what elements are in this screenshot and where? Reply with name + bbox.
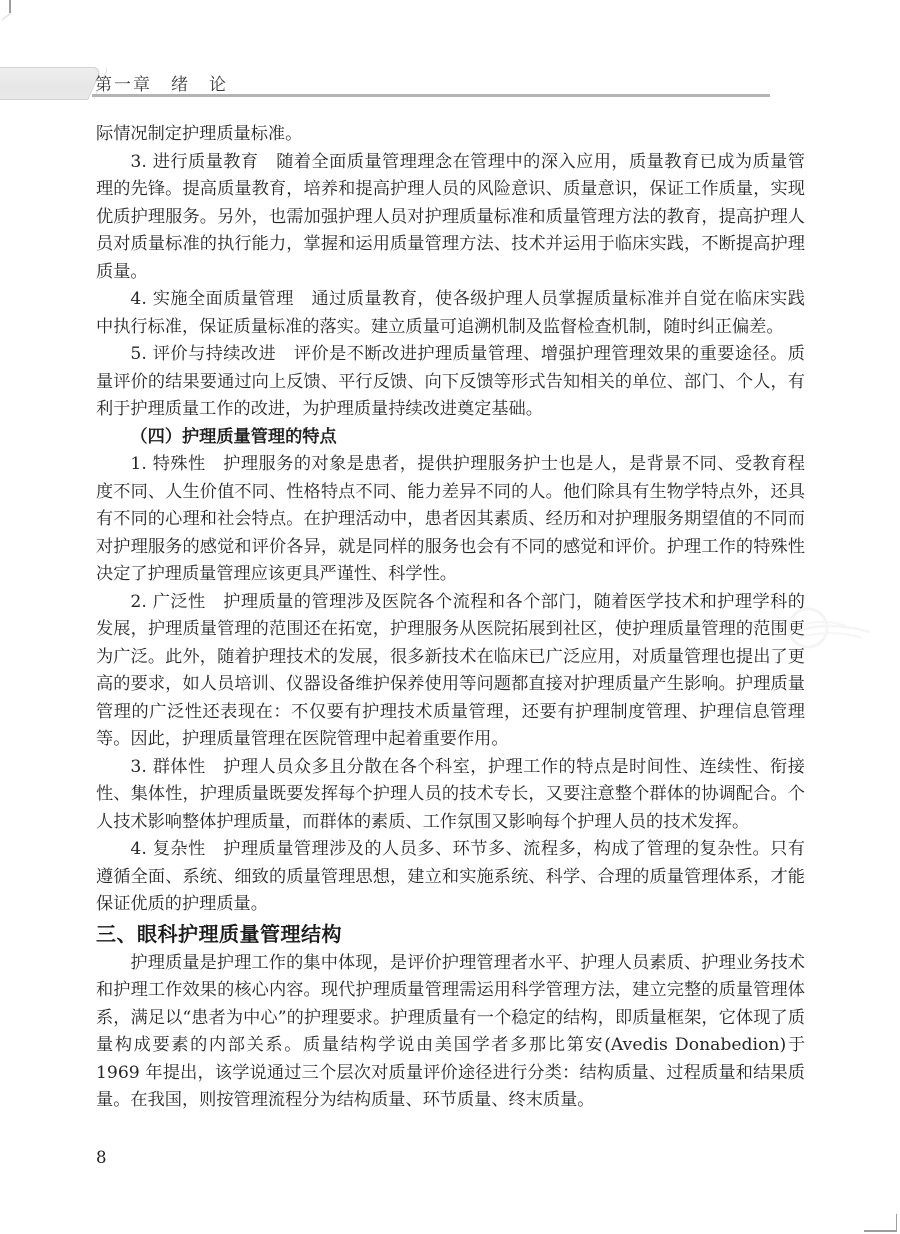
section-heading: 三、眼科护理质量管理结构	[96, 919, 805, 950]
paragraph: 5. 评价与持续改进 评价是不断改进护理质量管理、增强护理管理效果的重要途径。质…	[96, 341, 805, 424]
crop-mark-top-left	[9, 0, 11, 13]
book-page: 第一章 绪 论 际情况制定护理质量标准。3. 进行质量教育 随着全面质量管理理念…	[0, 0, 900, 1234]
page-body: 际情况制定护理质量标准。3. 进行质量教育 随着全面质量管理理念在管理中的深入应…	[96, 121, 805, 1115]
paragraph: 3. 群体性 护理人员众多且分散在各个科室，护理工作的特点是时间性、连续性、衔接…	[96, 754, 805, 837]
crop-mark-bottom-right-horizontal	[864, 1230, 897, 1232]
sub-heading: （四）护理质量管理的特点	[96, 424, 805, 452]
paragraph-continuation: 际情况制定护理质量标准。	[96, 121, 805, 149]
paragraph: 4. 复杂性 护理质量管理涉及的人员多、环节多、流程多，构成了管理的复杂性。只有…	[96, 836, 805, 919]
publisher-watermark-icon	[786, 598, 896, 660]
paragraph: 4. 实施全面质量管理 通过质量教育，使各级护理人员掌握质量标准并自觉在临床实践…	[96, 286, 805, 341]
paragraph: 2. 广泛性 护理质量的管理涉及医院各个流程和各个部门，随着医学技术和护理学科的…	[96, 589, 805, 754]
crop-mark-bottom-right-vertical	[896, 1214, 898, 1231]
paragraph: 3. 进行质量教育 随着全面质量管理理念在管理中的深入应用，质量教育已成为质量管…	[96, 149, 805, 287]
paragraph: 护理质量是护理工作的集中体现，是评价护理管理者水平、护理人员素质、护理业务技术和…	[96, 950, 805, 1115]
paragraph: 1. 特殊性 护理服务的对象是患者，提供护理服务护士也是人，是背景不同、受教育程…	[96, 451, 805, 589]
page-number: 8	[96, 1148, 107, 1167]
header-rule	[92, 94, 770, 97]
crop-mark-top-left-diagonal	[2, 13, 12, 20]
chapter-tab-shape	[0, 67, 103, 100]
chapter-title: 第一章 绪 论	[95, 70, 228, 95]
